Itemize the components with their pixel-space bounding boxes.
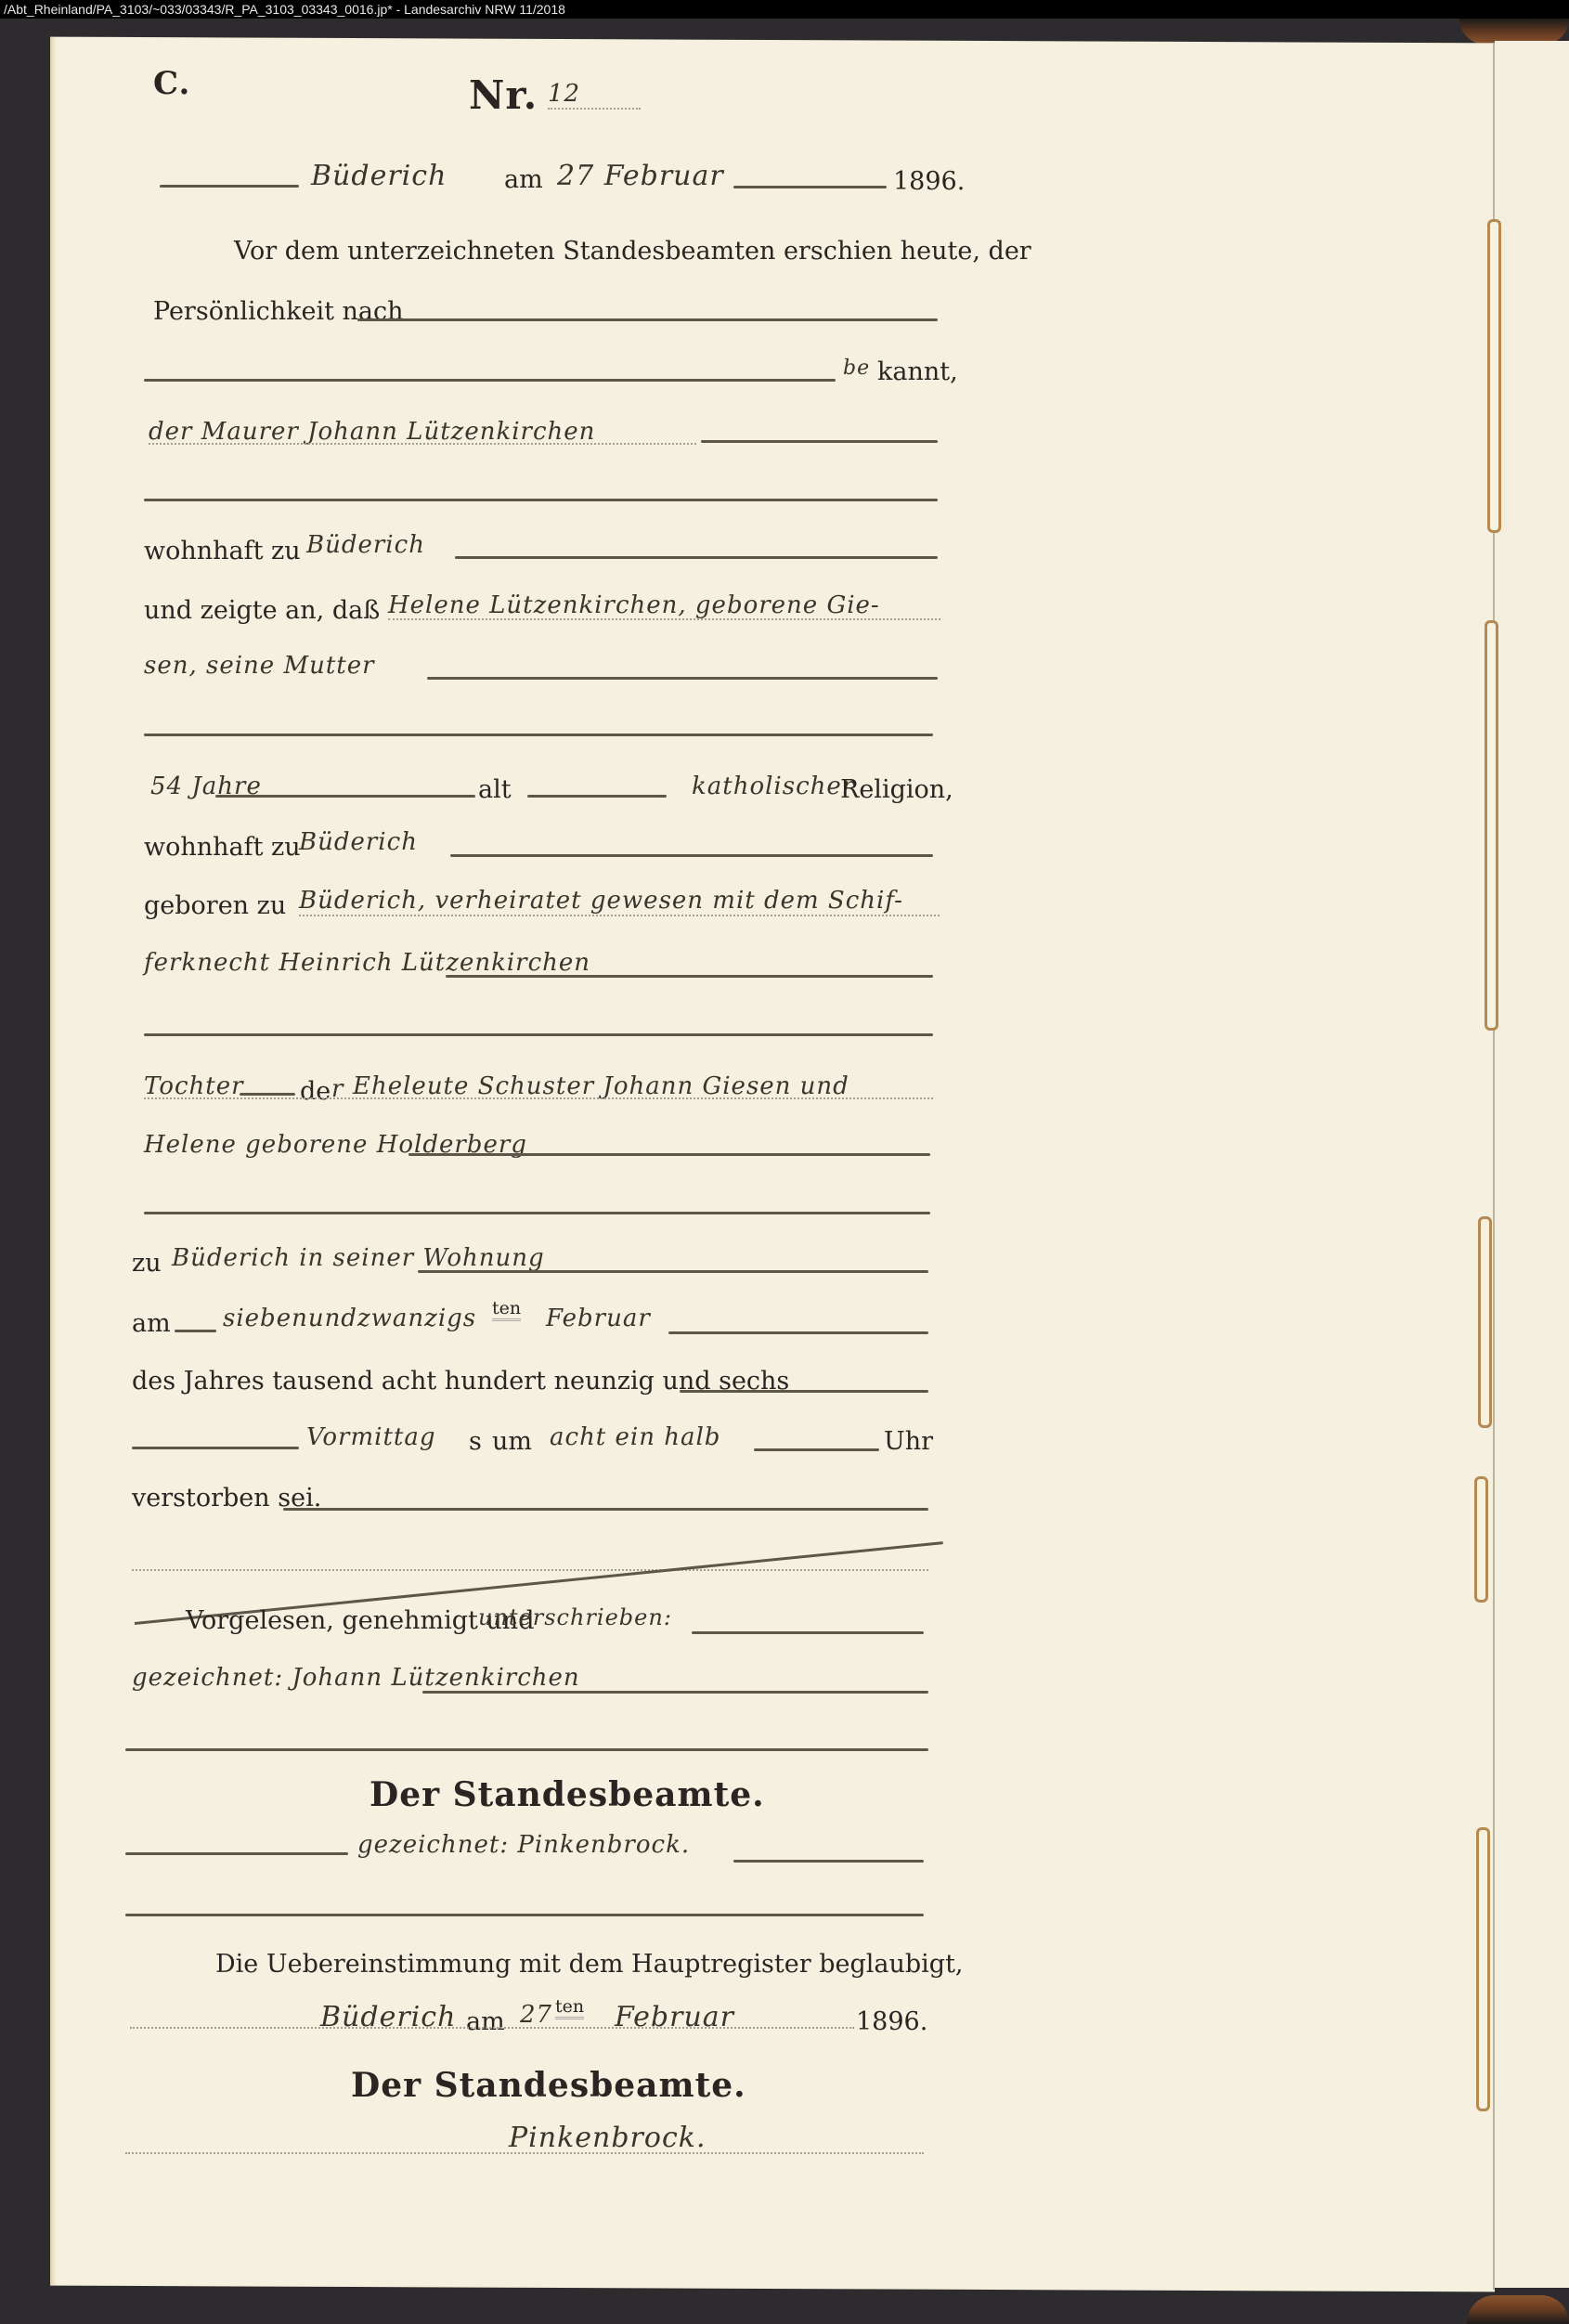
cert-year: 1896. (856, 2007, 927, 2036)
registrar-signature-2: Pinkenbrock. (509, 2122, 706, 2154)
series-letter: C. (153, 65, 190, 102)
on-label: am (132, 1309, 171, 1338)
deceased-residence-label: wohnhaft zu (144, 833, 301, 862)
informant-signature: gezeichnet: Johann Lützenkirchen (132, 1664, 580, 1692)
cert-am: am (466, 2007, 505, 2036)
header-year: 1896. (893, 167, 965, 196)
time-period: Vormittag (306, 1423, 435, 1451)
born-line-1: Büderich, verheiratet gewesen mit dem Sc… (299, 887, 903, 915)
dotted-rule (149, 443, 696, 445)
read-value: unterschrieben: (478, 1604, 672, 1630)
time-um: um (492, 1427, 532, 1456)
deceased-residence: Büderich (299, 828, 418, 856)
daughter-word: Tochter (144, 1072, 244, 1100)
death-month: Februar (546, 1305, 651, 1332)
time-value: acht ein halb (550, 1423, 720, 1451)
form-rule (450, 854, 933, 857)
form-rule (668, 1331, 928, 1334)
form-rule (427, 677, 938, 680)
form-rule (144, 379, 836, 382)
form-rule (692, 1631, 924, 1634)
form-rule (422, 1691, 928, 1694)
signature-dotted-line (125, 2152, 924, 2154)
form-rule (733, 1860, 924, 1863)
registrar-signature: gezeichnet: Pinkenbrock. (357, 1831, 690, 1859)
deceased-line-2: sen, seine Mutter (144, 652, 375, 680)
cert-day-suffix: ten (555, 1996, 584, 2019)
intro-text: Vor dem unterzeichneten Standesbeamten e… (234, 237, 1031, 266)
death-place: Büderich in seiner Wohnung (172, 1244, 545, 1272)
time-period-suffix: s (469, 1427, 482, 1456)
religion-value: katholischer (692, 773, 854, 800)
form-rule (125, 1914, 924, 1916)
form-rule (125, 1748, 928, 1751)
form-rule (357, 318, 938, 321)
form-rule (144, 499, 938, 501)
personality-label: Persönlichkeit nach (153, 297, 404, 326)
form-rule (527, 795, 667, 798)
born-label: geboren zu (144, 891, 286, 920)
form-rule (175, 1330, 216, 1332)
form-rule (144, 1033, 933, 1036)
death-record-form: C. Nr. 12 Büderich am 27 Februar 1896. V… (0, 0, 1569, 2324)
dotted-rule (132, 1569, 928, 1571)
form-rule (701, 440, 938, 443)
form-rule (733, 186, 887, 188)
record-number: 12 (548, 80, 580, 108)
of-label: de (300, 1077, 331, 1106)
time-uhr: Uhr (884, 1427, 933, 1456)
place-label: zu (132, 1249, 162, 1278)
header-place: Büderich (311, 160, 447, 192)
registrar-title: Der Standesbeamte. (370, 1775, 765, 1814)
certification-line: Die Uebereinstimmung mit dem Hauptregist… (215, 1950, 964, 1979)
born-line-2: ferknecht Heinrich Lützenkirchen (144, 949, 590, 977)
parents-line-1: Eheleute Schuster Johann Giesen und (353, 1072, 849, 1100)
form-rule (754, 1448, 879, 1451)
informant-name: der Maurer Johann Lützenkirchen (149, 418, 595, 446)
number-label: Nr. (469, 72, 538, 118)
form-rule (240, 1093, 295, 1096)
form-rule (446, 975, 933, 978)
form-rule (680, 1390, 928, 1393)
form-rule (144, 1212, 930, 1214)
registrar-title-2: Der Standesbeamte. (351, 2066, 746, 2105)
dotted-rule (388, 618, 940, 620)
death-day-suffix: ten (492, 1298, 521, 1321)
dotted-rule (144, 1097, 933, 1099)
dotted-rule (548, 108, 641, 110)
age-label: alt (478, 775, 512, 804)
religion-label: Religion, (840, 775, 953, 804)
informant-residence: Büderich (306, 531, 425, 559)
residence-label: wohnhaft zu (144, 537, 301, 565)
dotted-rule (299, 915, 940, 916)
form-rule (408, 1153, 930, 1156)
known-suffix: kannt, (877, 357, 958, 386)
form-rule (160, 185, 299, 188)
header-am: am (504, 165, 543, 194)
death-day: siebenundzwanzigs (223, 1305, 476, 1332)
reported-label: und zeigte an, daß (144, 596, 380, 625)
dotted-rule (130, 2027, 854, 2029)
known-prefix: be (843, 357, 870, 380)
form-rule (215, 795, 475, 798)
deceased-line-1: Helene Lützenkirchen, geborene Gie- (388, 591, 880, 619)
form-rule (455, 556, 938, 559)
cert-day: 27 (520, 2001, 552, 2029)
form-rule (125, 1852, 348, 1855)
form-rule (144, 734, 933, 736)
form-rule (132, 1447, 299, 1449)
form-rule (418, 1270, 928, 1273)
header-date: 27 Februar (557, 160, 724, 192)
form-rule (283, 1508, 928, 1511)
